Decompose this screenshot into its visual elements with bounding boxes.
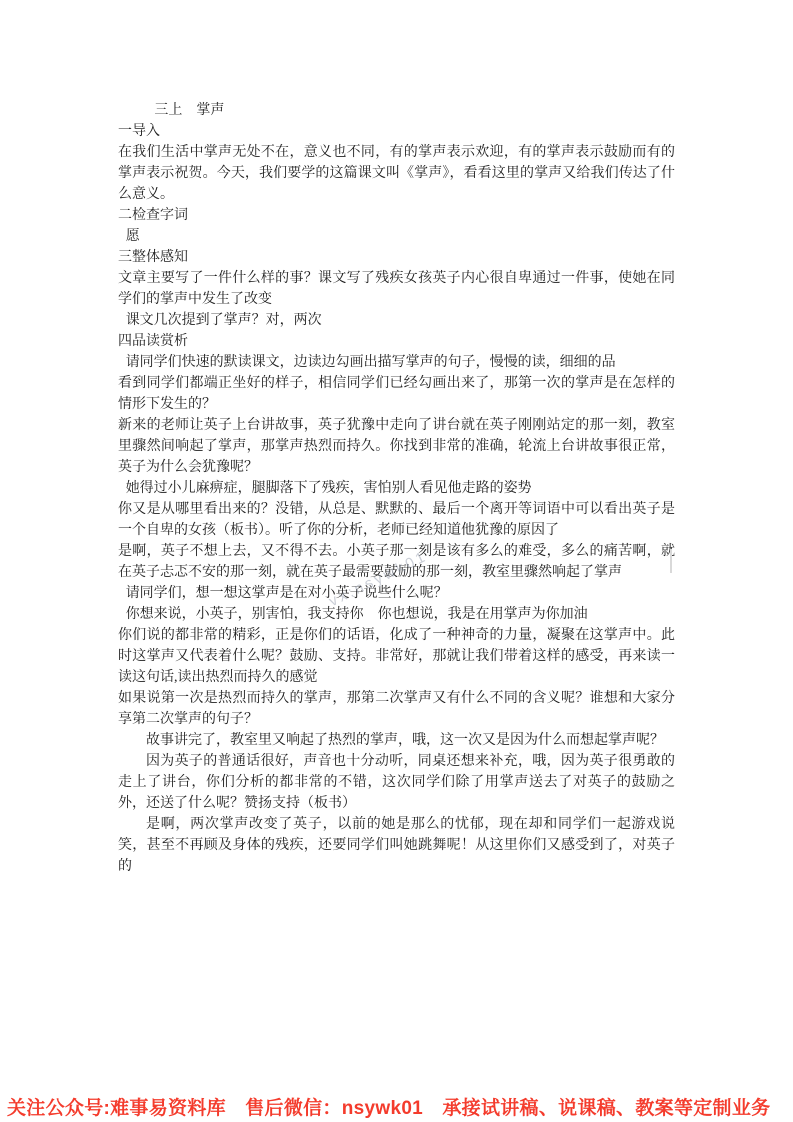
document-title: 三上 掌声 (118, 100, 675, 121)
section-3-heading: 三整体感知 (118, 247, 675, 268)
vocab-word: 愿 (118, 226, 675, 247)
paragraph-empathy: 是啊，英子不想上去，又不得不去。小英子那一刻是该有多么的难受，多么的痛苦啊，就在… (118, 541, 675, 583)
promo-footer-text: 关注公众号:难事易资料库 售后微信：nsywk01 承接试讲稿、说课稿、教案等定… (7, 1093, 793, 1120)
paragraph-intro: 在我们生活中掌声无处不在，意义也不同，有的掌声表示欢迎，有的掌声表示鼓励而有的掌… (118, 142, 675, 205)
paragraph-teacher-praise: 你们说的都非常的精彩，正是你们的话语，化成了一种神奇的力量，凝聚在这掌声中。此时… (118, 625, 675, 688)
paragraph-student-responses: 你想来说，小英子，别害怕，我支持你 你也想说，我是在用掌声为你加油 (118, 604, 675, 625)
paragraph-reading-instruction: 请同学们快速的默读课文，边读边勾画出描写掌声的句子，慢慢的读，细细的品 (118, 352, 675, 373)
paragraph-word-analysis: 你又是从哪里看出来的？没错，从总是、默默的、最后一个离开等词语中可以看出英子是一… (118, 499, 675, 541)
paragraph-applause-meaning-question: 请同学们，想一想这掌声是在对小英子说些什么呢？ (118, 583, 675, 604)
paragraph-polio-answer: 她得过小儿麻痹症，腿脚落下了残疾，害怕别人看见他走路的姿势 (118, 478, 675, 499)
paragraph-summary-question: 文章主要写了一件什么样的事？课文写了残疾女孩英子内心很自卑通过一件事，使她在同学… (118, 268, 675, 310)
paragraph-change-conclusion: 是啊，两次掌声改变了英子，以前的她是那么的忧郁，现在却和同学们一起游戏说笑，甚至… (118, 814, 675, 877)
section-1-heading: 一导入 (118, 121, 675, 142)
section-4-heading: 四品读赏析 (118, 331, 675, 352)
paragraph-second-applause-question: 如果说第一次是热烈而持久的掌声，那第二次掌声又有什么不同的含义呢？谁想和大家分享… (118, 688, 675, 730)
paragraph-second-applause-analysis: 因为英子的普通话很好，声音也十分动听，同桌还想来补充，哦，因为英子很勇敢的走上了… (118, 751, 675, 814)
paragraph-first-applause-scene: 新来的老师让英子上台讲故事，英子犹豫中走向了讲台就在英子刚刚站定的那一刻，教室里… (118, 415, 675, 478)
paragraph-count-question: 课文几次提到了掌声？对，两次 (118, 310, 675, 331)
text-cursor-artifact (670, 549, 672, 573)
section-2-heading: 二检查字词 (118, 205, 675, 226)
lesson-plan-document: 三上 掌声 一导入 在我们生活中掌声无处不在，意义也不同，有的掌声表示欢迎，有的… (118, 100, 675, 877)
paragraph-story-finished: 故事讲完了，教室里又响起了热烈的掌声，哦，这一次又是因为什么而想起掌声呢？ (118, 730, 675, 751)
paragraph-first-applause-question: 看到同学们都端正坐好的样子，相信同学们已经勾画出来了，那第一次的掌声是在怎样的情… (118, 373, 675, 415)
